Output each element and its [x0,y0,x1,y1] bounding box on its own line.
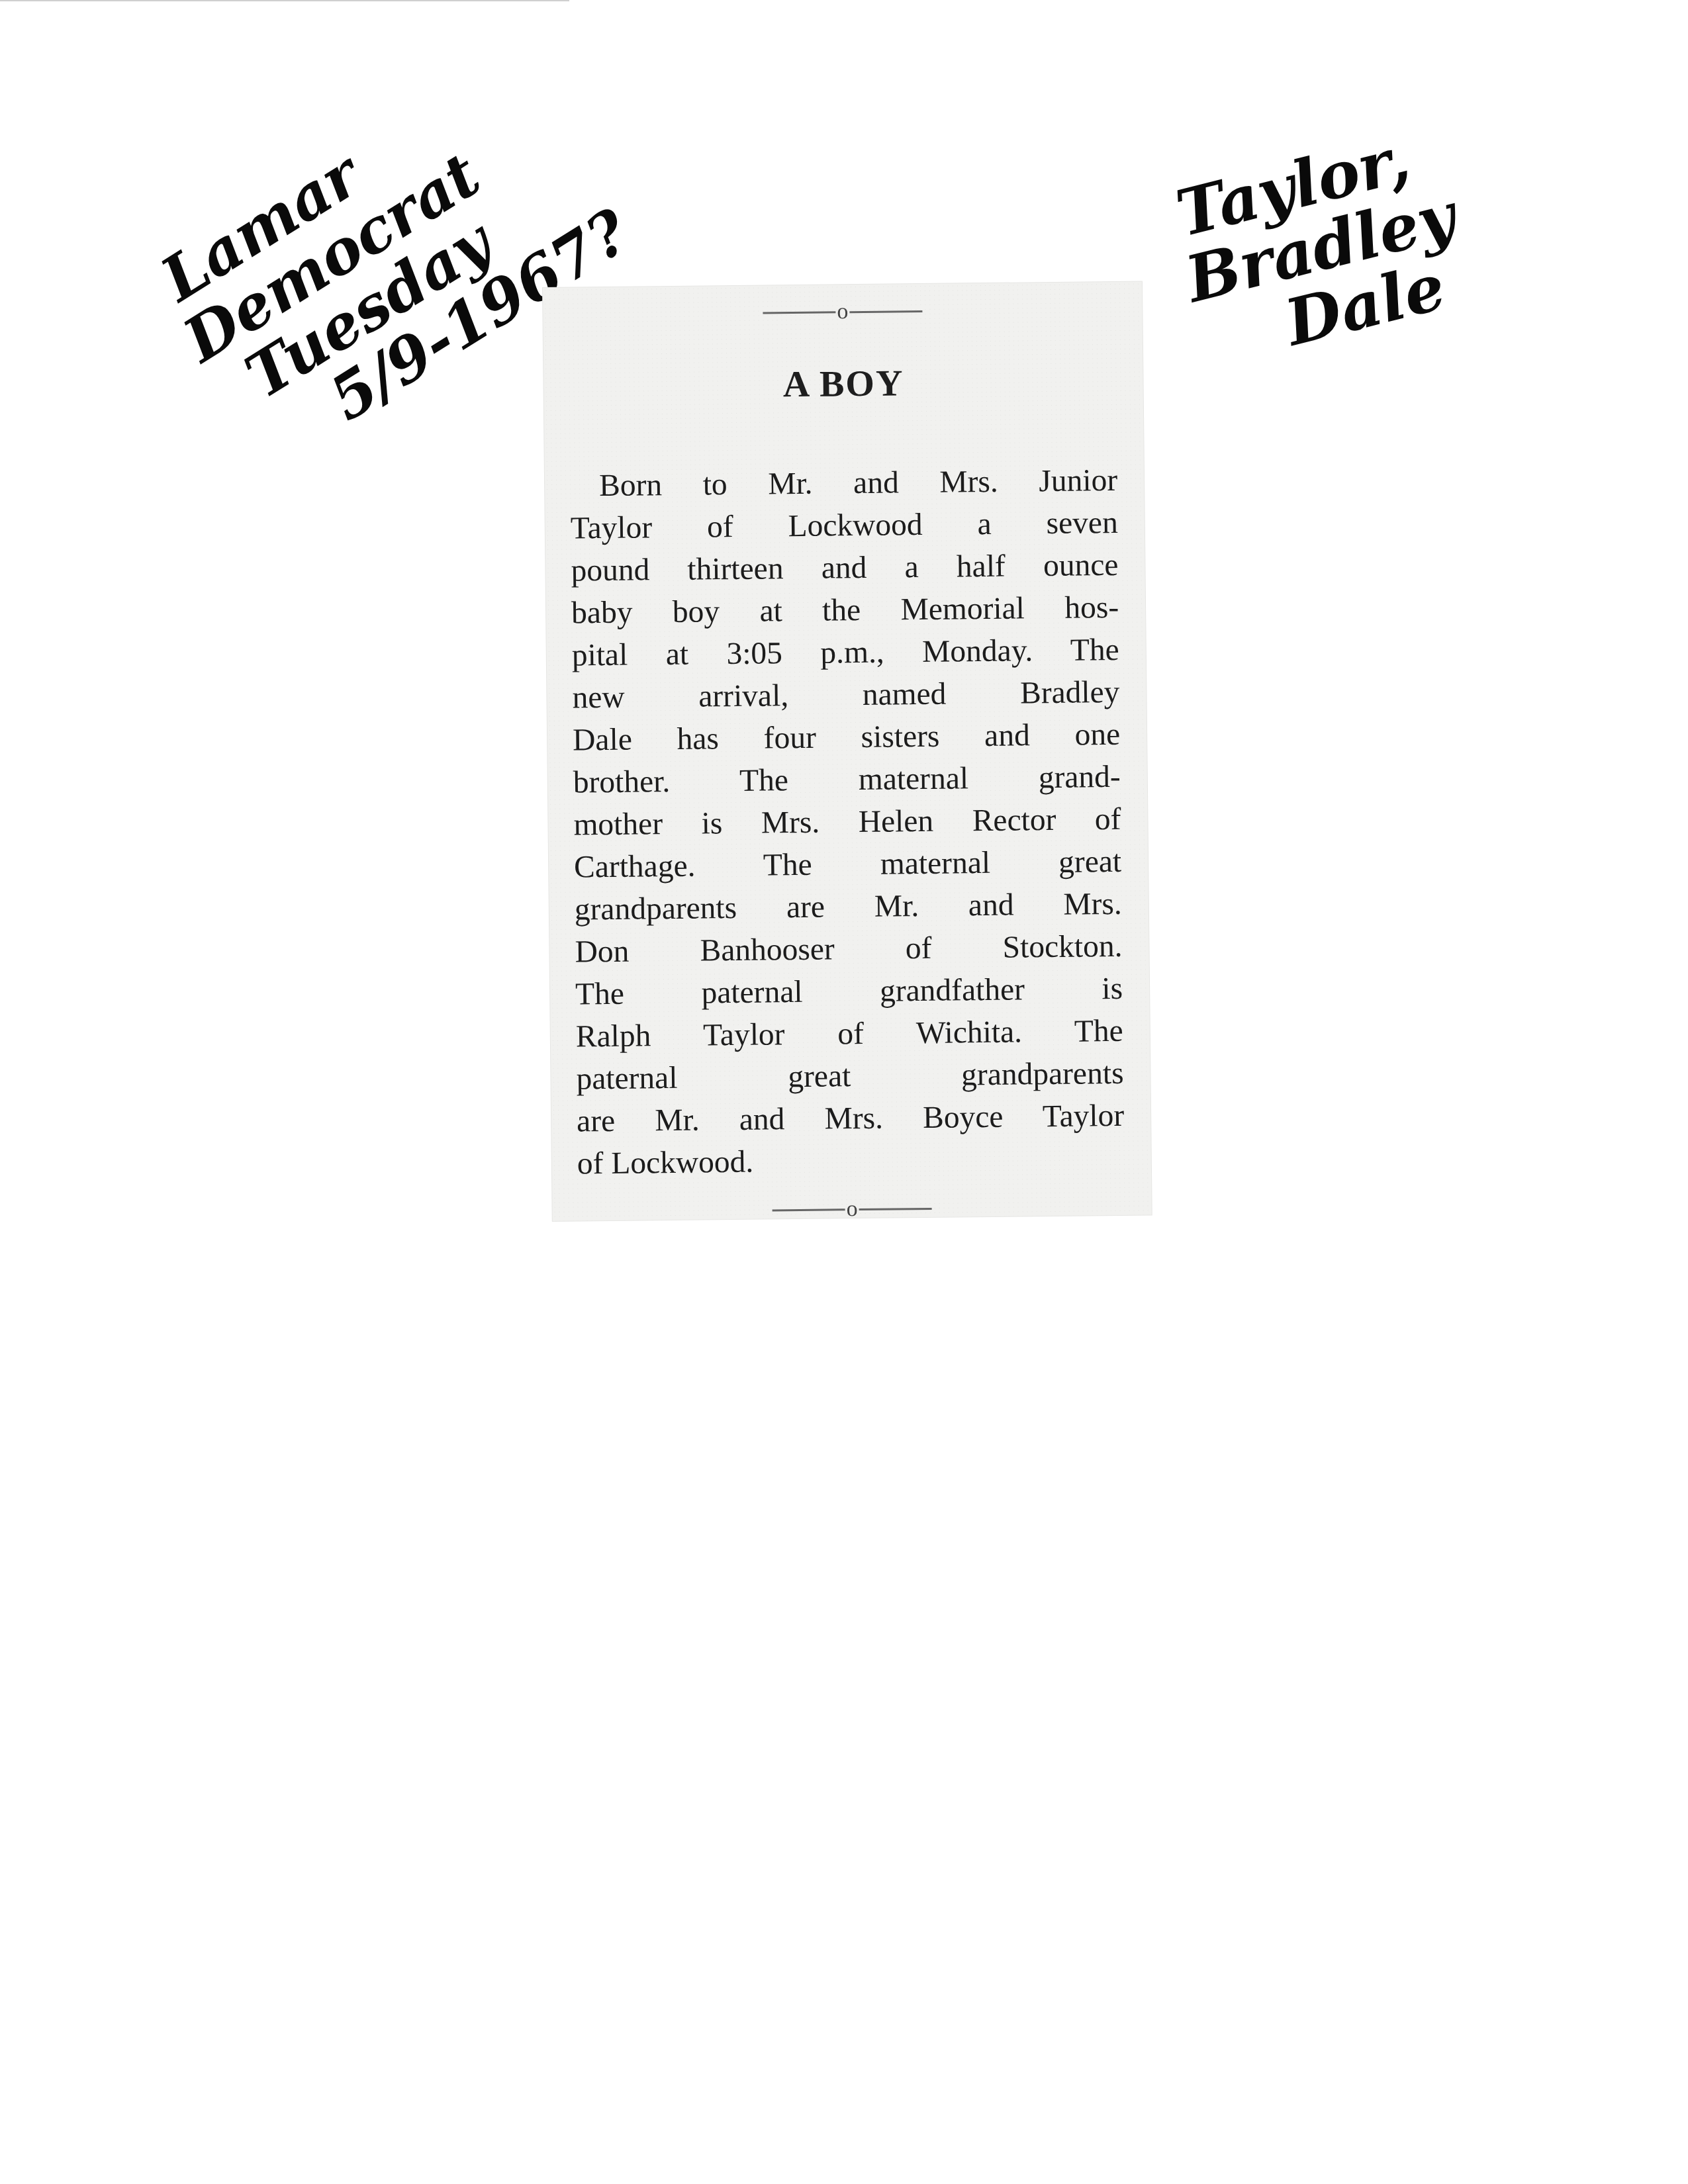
scan-edge-line [0,0,569,1]
body-line: are Mr. and Mrs. Boyce Taylor [577,1095,1125,1143]
divider-ornament: o [837,299,848,324]
body-line: Don Banhooser of Stockton. [575,925,1123,974]
divider-rule [859,1208,932,1210]
body-line: baby boy at the Memorial hos- [571,586,1119,635]
divider-rule [773,1208,845,1211]
body-line: Ralph Taylor of Wichita. The [576,1010,1124,1058]
handwritten-name-note: Taylor, Bradley Dale [1170,116,1504,440]
body-line: Taylor of Lockwood a seven [570,502,1118,550]
body-line: grandparents are Mr. and Mrs. [575,883,1123,931]
body-line: mother is Mrs. Helen Rector of [573,798,1121,846]
ornamental-divider-top: o [543,295,1142,328]
newspaper-clipping: o A BOY Born to Mr. and Mrs. Junior Tayl… [543,282,1152,1221]
clipping-body: Born to Mr. and Mrs. Junior Taylor of Lo… [570,459,1125,1185]
divider-rule [849,310,922,313]
body-line: of Lockwood. [577,1137,1125,1185]
divider-rule [763,311,835,314]
body-line: The paternal grandfather is [575,968,1123,1016]
body-line: Carthage. The maternal great [574,841,1122,889]
clipping-headline: A BOY [543,360,1143,408]
body-line: paternal great grandparents [576,1052,1124,1101]
body-line: brother. The maternal grand- [573,756,1121,804]
ornamental-divider-bottom: o [552,1192,1151,1224]
body-line: Dale has four sisters and one [573,713,1121,762]
body-line: Born to Mr. and Mrs. Junior [570,459,1118,508]
body-line: pound thirteen and a half ounce [571,544,1119,592]
body-line: new arrival, named Bradley [572,671,1120,719]
body-line: pital at 3:05 p.m., Monday. The [571,629,1119,677]
divider-ornament: o [846,1197,857,1222]
